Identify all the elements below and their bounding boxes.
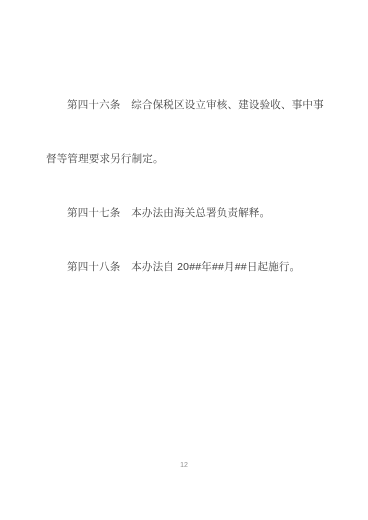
document-line-article-46-continuation: 督等管理要求另行制定。	[46, 150, 324, 168]
document-line-article-47: 第四十七条 本办法由海关总署负责解释。	[46, 204, 324, 222]
document-page: 第四十六条 综合保税区设立审核、建设验收、事中事后监 督等管理要求另行制定。 第…	[0, 0, 368, 520]
page-number: 12	[0, 461, 368, 470]
document-line-article-48: 第四十八条 本办法自 20##年##月##日起施行。	[46, 258, 324, 276]
document-line-article-46-start: 第四十六条 综合保税区设立审核、建设验收、事中事后监	[46, 96, 324, 114]
document-body: 第四十六条 综合保税区设立审核、建设验收、事中事后监 督等管理要求另行制定。 第…	[46, 60, 324, 312]
